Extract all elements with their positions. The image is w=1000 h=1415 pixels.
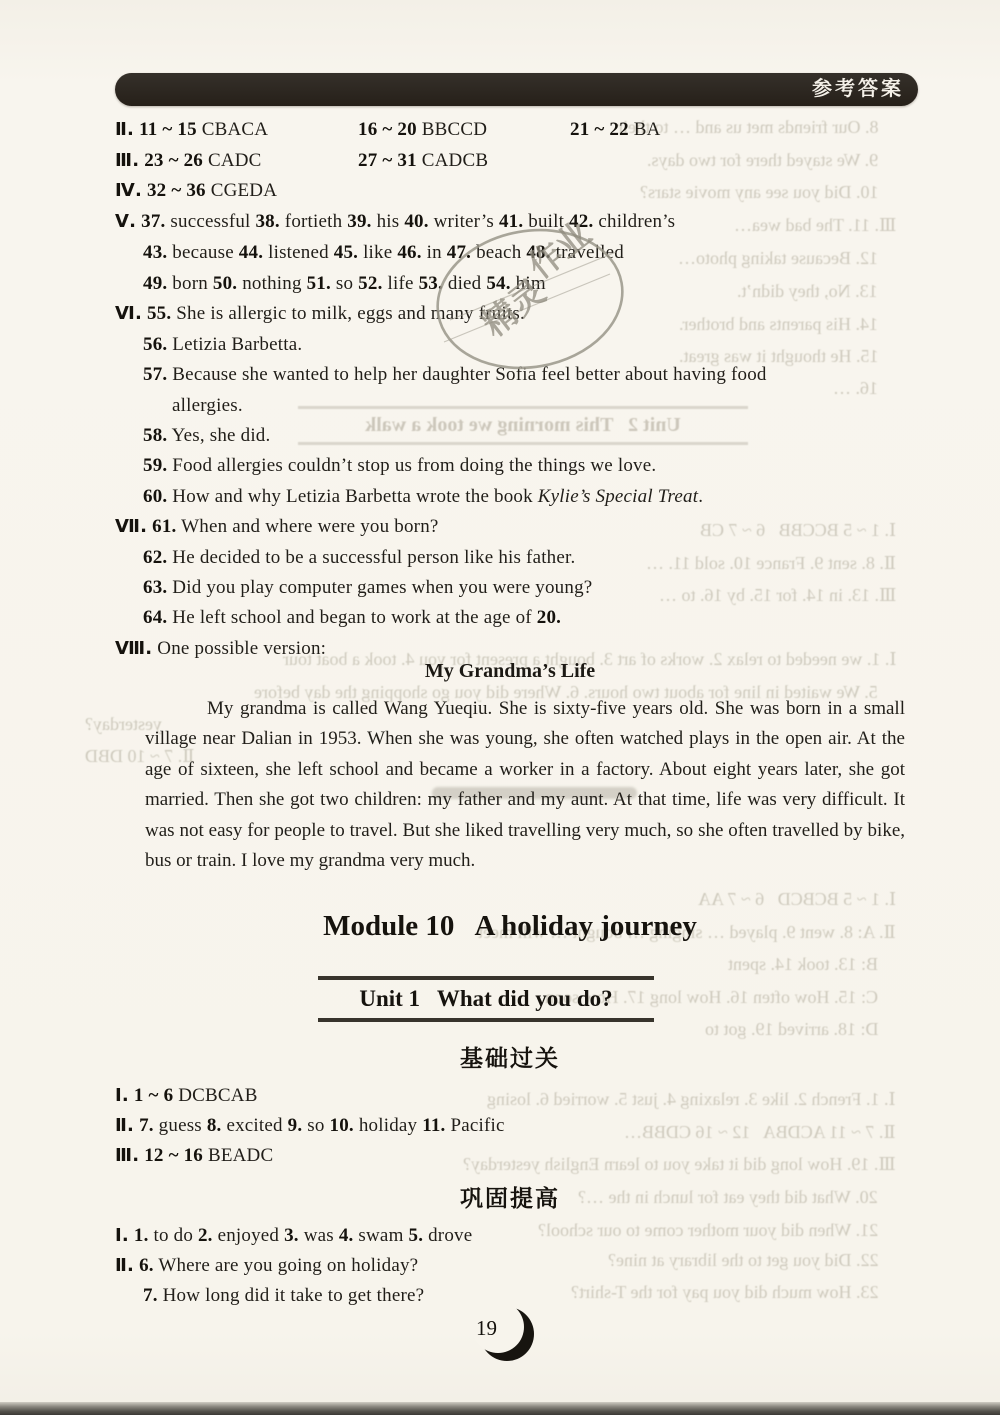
page-number: 19 — [476, 1316, 497, 1341]
ink-stamp: 作业 精灵 — [428, 222, 633, 377]
answer-line: 7. How long did it take to get there? — [143, 1283, 424, 1309]
answer-line: Ⅰ. 1. to do 2. enjoyed 3. was 4. swam 5.… — [115, 1223, 472, 1249]
scan-bottom-edge — [0, 1402, 1000, 1415]
consolidate-answer-lines: Ⅰ. 1. to do 2. enjoyed 3. was 4. swam 5.… — [0, 0, 1000, 1415]
scanned-answer-page: { "header": { "label": "参考答案" }, "module… — [0, 0, 1000, 1415]
ink-stamp-text-top: 作业 — [522, 222, 599, 286]
answer-line: Ⅱ. 6. Where are you going on holiday? — [115, 1253, 418, 1279]
